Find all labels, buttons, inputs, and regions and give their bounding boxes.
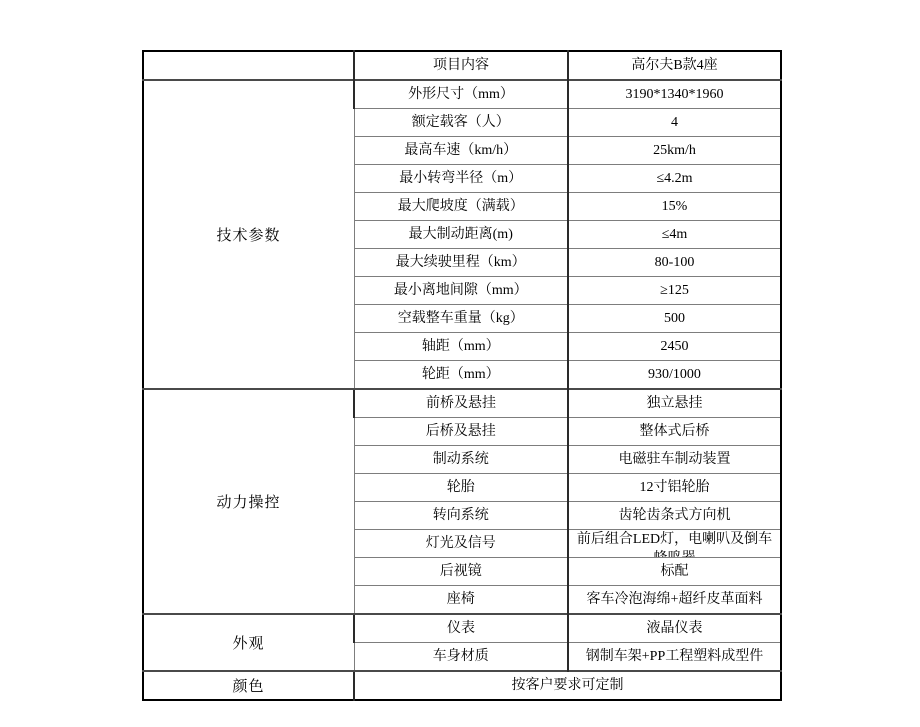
item-label: 最大制动距离(m)	[357, 221, 566, 248]
value-cell: 930/1000	[568, 361, 781, 390]
value-label: 15%	[571, 193, 778, 220]
value-label: 电磁驻车制动装置	[571, 446, 778, 473]
item-cell: 灯光及信号	[354, 530, 568, 558]
item-label: 轴距（mm）	[357, 333, 566, 360]
value-label: 12寸铝轮胎	[571, 474, 778, 501]
item-label: 最小转弯半径（m）	[357, 165, 566, 192]
item-cell: 轴距（mm）	[354, 333, 568, 361]
value-cell-span: 按客户要求可定制	[354, 671, 781, 700]
value-label: 25km/h	[571, 137, 778, 164]
value-cell: 4	[568, 109, 781, 137]
value-label: ≤4m	[571, 221, 778, 248]
item-cell: 最大续驶里程（km）	[354, 249, 568, 277]
value-cell: ≥125	[568, 277, 781, 305]
value-label: 客车冷泡海绵+超纤皮革面料	[571, 586, 778, 613]
item-label: 仪表	[357, 615, 565, 642]
value-cell: 钢制车架+PP工程塑料成型件	[568, 643, 781, 672]
value-label: 齿轮齿条式方向机	[571, 502, 778, 529]
value-cell: ≤4m	[568, 221, 781, 249]
item-label: 外形尺寸（mm）	[357, 81, 565, 108]
item-label: 制动系统	[357, 446, 566, 473]
value-cell: 前后组合LED灯，电喇叭及倒车蜂鸣器	[568, 530, 781, 558]
value-label: 930/1000	[571, 361, 778, 388]
item-cell: 转向系统	[354, 502, 568, 530]
value-label: 2450	[571, 333, 778, 360]
value-cell: 客车冷泡海绵+超纤皮革面料	[568, 586, 781, 615]
item-label: 空载整车重量（kg）	[357, 305, 566, 332]
item-cell: 额定载客（人）	[354, 109, 568, 137]
item-label: 最小离地间隙（mm）	[357, 277, 566, 304]
value-label: 500	[571, 305, 778, 332]
item-cell: 空载整车重量（kg）	[354, 305, 568, 333]
item-label: 最大爬坡度（满载）	[357, 193, 566, 220]
value-label: 独立悬挂	[571, 390, 778, 417]
section-label: 动力操控	[143, 389, 354, 614]
value-cell: 标配	[568, 558, 781, 586]
item-label: 后桥及悬挂	[357, 418, 566, 445]
item-cell: 前桥及悬挂	[354, 389, 568, 418]
item-label: 后视镜	[357, 558, 566, 585]
item-cell: 后桥及悬挂	[354, 418, 568, 446]
value-label: 按客户要求可定制	[357, 672, 778, 699]
item-cell: 最高车速（km/h）	[354, 137, 568, 165]
value-cell: 齿轮齿条式方向机	[568, 502, 781, 530]
item-cell: 最小离地间隙（mm）	[354, 277, 568, 305]
table-row: 颜色按客户要求可定制	[143, 671, 781, 700]
header-item-cell: 项目内容	[354, 51, 568, 80]
value-label: 标配	[571, 558, 778, 585]
value-label: 80-100	[571, 249, 778, 276]
item-label: 额定载客（人）	[357, 109, 566, 136]
item-cell: 最大爬坡度（满载）	[354, 193, 568, 221]
item-cell: 外形尺寸（mm）	[354, 80, 568, 109]
item-label: 车身材质	[357, 643, 566, 670]
item-cell: 最大制动距离(m)	[354, 221, 568, 249]
item-cell: 车身材质	[354, 643, 568, 672]
value-cell: 3190*1340*1960	[568, 80, 781, 109]
item-label: 转向系统	[357, 502, 566, 529]
table-row: 技术参数外形尺寸（mm）3190*1340*1960	[143, 80, 781, 109]
header-value-label: 高尔夫B款4座	[571, 52, 778, 79]
value-label: ≥125	[571, 277, 778, 304]
value-label: 前后组合LED灯，电喇叭及倒车蜂鸣器	[571, 530, 778, 557]
value-cell: 整体式后桥	[568, 418, 781, 446]
value-label: ≤4.2m	[571, 165, 778, 192]
item-cell: 轮距（mm）	[354, 361, 568, 390]
item-label: 前桥及悬挂	[357, 390, 565, 417]
value-cell: ≤4.2m	[568, 165, 781, 193]
item-label: 最大续驶里程（km）	[357, 249, 566, 276]
value-label: 4	[571, 109, 778, 136]
section-label: 技术参数	[143, 80, 354, 389]
item-label: 最高车速（km/h）	[357, 137, 566, 164]
value-cell: 电磁驻车制动装置	[568, 446, 781, 474]
header-row: 项目内容 高尔夫B款4座	[143, 51, 781, 80]
item-cell: 轮胎	[354, 474, 568, 502]
value-cell: 500	[568, 305, 781, 333]
header-value-cell: 高尔夫B款4座	[568, 51, 781, 80]
header-empty-cell	[143, 51, 354, 80]
item-label: 座椅	[357, 586, 566, 613]
item-cell: 仪表	[354, 614, 568, 643]
item-cell: 最小转弯半径（m）	[354, 165, 568, 193]
value-cell: 80-100	[568, 249, 781, 277]
page: 项目内容 高尔夫B款4座 技术参数外形尺寸（mm）3190*1340*1960额…	[0, 0, 920, 727]
item-cell: 座椅	[354, 586, 568, 615]
value-label: 整体式后桥	[571, 418, 778, 445]
value-cell: 2450	[568, 333, 781, 361]
header-item-label: 项目内容	[357, 52, 565, 79]
value-label: 液晶仪表	[571, 615, 778, 642]
section-label: 外观	[143, 614, 354, 671]
value-cell: 12寸铝轮胎	[568, 474, 781, 502]
value-cell: 15%	[568, 193, 781, 221]
table-row: 外观仪表液晶仪表	[143, 614, 781, 643]
value-cell: 25km/h	[568, 137, 781, 165]
spec-table: 项目内容 高尔夫B款4座 技术参数外形尺寸（mm）3190*1340*1960额…	[142, 50, 782, 701]
section-label: 颜色	[143, 671, 354, 700]
table-row: 动力操控前桥及悬挂独立悬挂	[143, 389, 781, 418]
value-cell: 独立悬挂	[568, 389, 781, 418]
item-cell: 制动系统	[354, 446, 568, 474]
spec-table-body: 项目内容 高尔夫B款4座 技术参数外形尺寸（mm）3190*1340*1960额…	[143, 51, 781, 700]
item-label: 轮距（mm）	[357, 361, 566, 388]
value-label: 钢制车架+PP工程塑料成型件	[571, 643, 778, 670]
item-cell: 后视镜	[354, 558, 568, 586]
item-label: 灯光及信号	[357, 530, 566, 557]
item-label: 轮胎	[357, 474, 566, 501]
value-cell: 液晶仪表	[568, 614, 781, 643]
value-label: 3190*1340*1960	[571, 81, 778, 108]
